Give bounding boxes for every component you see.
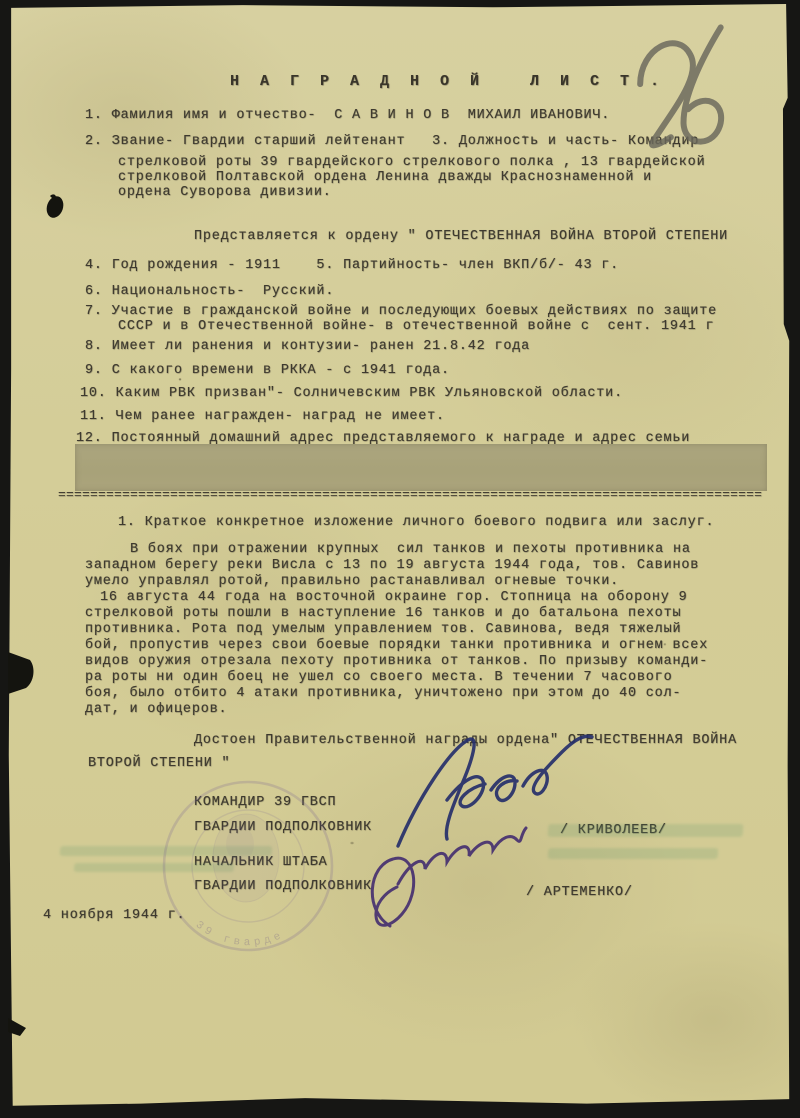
chief-of-staff-surname: / АРТЕМЕНКО/ [526, 885, 633, 900]
document-title: Н А Г Р А Д Н О Й Л И С Т . [230, 74, 665, 89]
field-war-participation: 7. Участие в гражданской войне и последу… [85, 304, 717, 319]
ink-bleedthrough [548, 824, 744, 837]
citation-line: стрелковой роты пошли в наступление 16 т… [85, 606, 681, 621]
field-name: 1. Фамилия имя и отчество- С А В И Н О В… [85, 108, 610, 123]
redaction-box [75, 444, 767, 491]
citation-line: боя, было отбито 4 атаки противника, уни… [85, 686, 681, 701]
citation-line: противника. Рота под умелым управлением … [85, 622, 681, 637]
paper-sheet: Н А Г Р А Д Н О Й Л И С Т . 1. Фамилия и… [8, 4, 790, 1108]
field-service-since: 9. С какого времени в РККА - с 1941 года… [85, 363, 450, 378]
chief-of-staff-rank: ГВАРДИИ ПОДПОЛКОВНИК [194, 879, 372, 894]
citation-line: 16 августа 44 года на восточной окраине … [100, 590, 688, 605]
citation-line: ра роты ни один боец не ушел со своего м… [85, 670, 673, 685]
typed-separator: ========================================… [58, 487, 783, 502]
field-unit-line: стрелковой роты 39 гвардейского стрелков… [118, 155, 706, 170]
citation-line: В боях при отражении крупных сил танков … [130, 542, 691, 557]
citation-line: умело управлял ротой, правильно растанав… [85, 574, 619, 589]
field-previous-awards: 11. Чем ранее награжден- наград не имеет… [80, 409, 445, 424]
citation-line: западном берегу реки Висла с 13 по 19 ав… [85, 558, 699, 573]
ink-bleedthrough [60, 846, 273, 856]
award-conclusion-line: ВТОРОЙ СТЕПЕНИ " [88, 756, 230, 771]
field-rank-position: 2. Звание- Гвардии старший лейтенант 3. … [85, 134, 699, 149]
commander-title: КОМАНДИР 39 ГВСП [194, 795, 336, 810]
date-line: 4 ноября 1944 г. [43, 908, 185, 923]
field-drafted-by: 10. Каким РВК призван"- Солничевским РВК… [80, 386, 623, 401]
citation-line: бой, пропустив через свои боевые порядки… [85, 638, 708, 653]
field-war-participation: СССР и в Отечественной войне- в отечеств… [118, 319, 714, 334]
field-nationality: 6. Национальность- Русский. [85, 284, 334, 299]
field-unit-line: ордена Суворова дивизии. [118, 185, 332, 200]
field-unit-line: стрелковой Полтавской ордена Ленина дваж… [118, 170, 652, 185]
award-conclusion-line: Достоен Правительственной награды ордена… [194, 733, 737, 748]
award-nomination-line: Представляется к ордену " ОТЕЧЕСТВЕННАЯ … [194, 229, 728, 244]
field-wounds: 8. Имеет ли ранения и контузии- ранен 21… [85, 339, 530, 354]
field-birth-party: 4. Год рождения - 1911 5. Партийность- ч… [85, 258, 619, 273]
section-heading: 1. Краткое конкретное изложение личного … [118, 515, 714, 530]
ink-bleedthrough [548, 848, 719, 859]
commander-rank: ГВАРДИИ ПОДПОЛКОВНИК [194, 820, 372, 835]
citation-line: видов оружия отрезала пехоту противника … [85, 654, 708, 669]
citation-line: дат, и офицеров. [85, 702, 227, 717]
ink-bleedthrough [74, 863, 235, 872]
scanned-document: Н А Г Р А Д Н О Й Л И С Т . 1. Фамилия и… [0, 0, 800, 1118]
